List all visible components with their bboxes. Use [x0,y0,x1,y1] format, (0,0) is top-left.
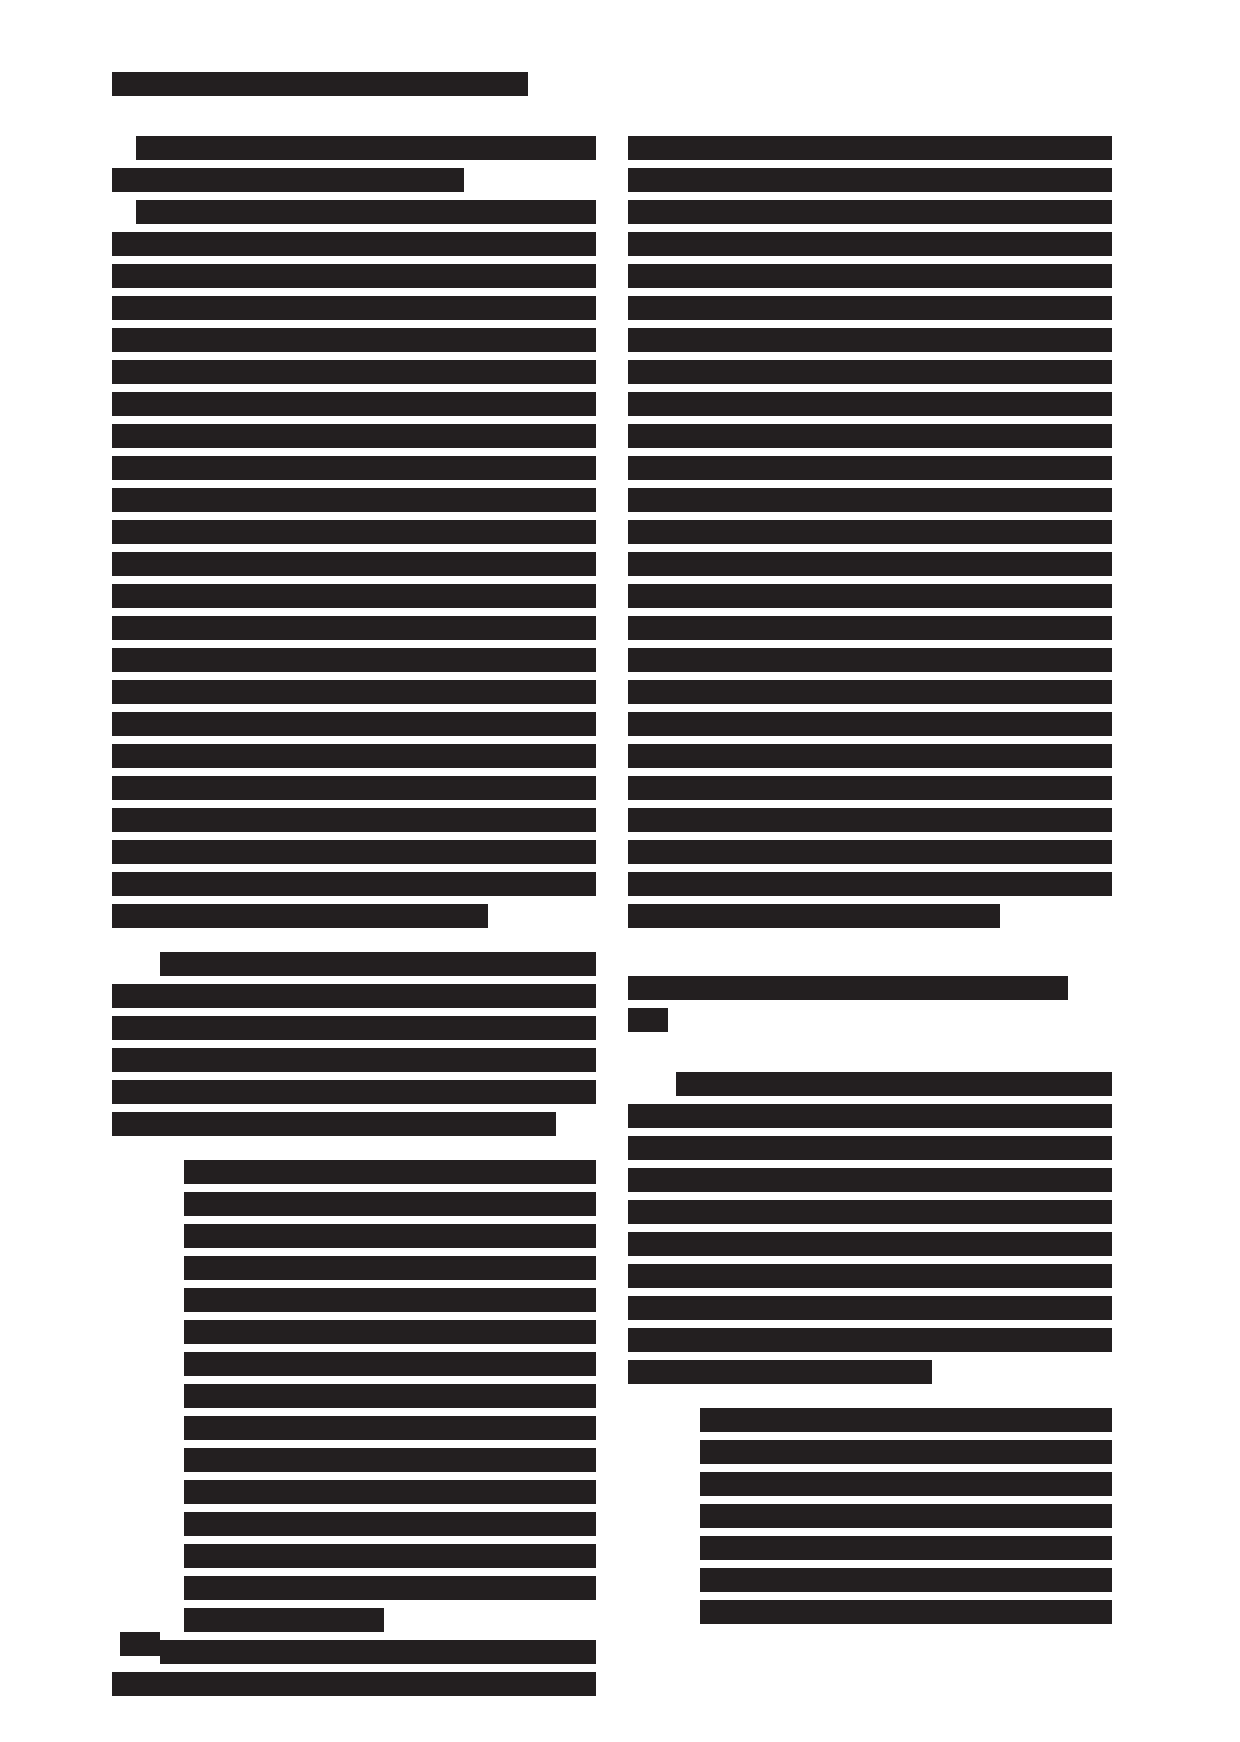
left-block-quote-line-redacted [184,1288,596,1312]
left-paragraph-line-redacted [112,872,596,896]
right-paragraph-continuation-line-redacted [628,584,1112,608]
right-paragraph-continuation-line-redacted [628,712,1112,736]
left-paragraph-line-redacted [112,808,596,832]
left-paragraph-line-redacted [112,392,596,416]
left-paragraph-line-redacted [112,1672,596,1696]
right-paragraph-continuation-line-redacted [628,200,1112,224]
left-paragraph-line-redacted [112,1016,596,1040]
right-paragraph-continuation-line-redacted [628,232,1112,256]
right-paragraph-continuation-line-redacted [628,264,1112,288]
left-paragraph-line-redacted [112,1112,556,1136]
right-block-quote-line-redacted [700,1472,1112,1496]
right-paragraph-continuation-line-redacted [628,840,1112,864]
right-paragraph-continuation-line-redacted [628,328,1112,352]
left-block-quote-line-redacted [184,1384,596,1408]
left-paragraph-line-redacted [160,1640,596,1664]
right-paragraph-continuation-line-redacted [628,456,1112,480]
left-paragraph-line-redacted [112,712,596,736]
left-paragraph-line-redacted [136,200,596,224]
right-paragraph-continuation-line-redacted [628,616,1112,640]
left-block-quote-line-redacted [184,1224,596,1248]
page-number-redacted [120,1632,160,1656]
right-paragraph-continuation-line-redacted [628,776,1112,800]
left-paragraph-line-redacted [112,616,596,640]
left-block-quote-line-redacted [184,1448,596,1472]
left-block-quote-line-redacted [184,1416,596,1440]
right-section-heading-line-redacted [628,976,1068,1000]
left-paragraph-line-redacted [112,232,596,256]
right-block-quote-line-redacted [700,1536,1112,1560]
right-paragraph-line-redacted [628,1328,1112,1352]
left-block-quote-line-redacted [184,1608,384,1632]
left-paragraph-line-redacted [112,840,596,864]
right-paragraph-continuation-line-redacted [628,360,1112,384]
left-paragraph-line-redacted [112,360,596,384]
left-paragraph-continuation-line-redacted [136,136,596,160]
right-paragraph-line-redacted [628,1200,1112,1224]
right-paragraph-continuation-line-redacted [628,744,1112,768]
left-paragraph-line-redacted [112,328,596,352]
left-block-quote-line-redacted [184,1160,596,1184]
right-paragraph-line-redacted [628,1360,932,1384]
left-paragraph-line-redacted [112,648,596,672]
right-paragraph-line-redacted [676,1072,1112,1096]
left-paragraph-line-redacted [112,488,596,512]
right-paragraph-line-redacted [628,1136,1112,1160]
left-paragraph-line-redacted [112,456,596,480]
right-block-quote-line-redacted [700,1600,1112,1624]
left-paragraph-line-redacted [112,1080,596,1104]
right-paragraph-continuation-line-redacted [628,904,1000,928]
left-block-quote-line-redacted [184,1352,596,1376]
right-paragraph-continuation-line-redacted [628,648,1112,672]
right-paragraph-continuation-line-redacted [628,808,1112,832]
left-paragraph-line-redacted [112,1048,596,1072]
left-paragraph-line-redacted [112,984,596,1008]
left-block-quote-line-redacted [184,1544,596,1568]
left-block-quote-line-redacted [184,1192,596,1216]
right-paragraph-line-redacted [628,1104,1112,1128]
right-paragraph-line-redacted [628,1232,1112,1256]
left-paragraph-line-redacted [112,520,596,544]
left-paragraph-continuation-line-redacted [112,168,464,192]
left-paragraph-line-redacted [112,552,596,576]
left-paragraph-line-redacted [112,904,488,928]
right-paragraph-continuation-line-redacted [628,392,1112,416]
left-paragraph-line-redacted [112,680,596,704]
right-paragraph-continuation-line-redacted [628,424,1112,448]
left-block-quote-line-redacted [184,1512,596,1536]
left-block-quote-line-redacted [184,1256,596,1280]
right-paragraph-continuation-line-redacted [628,680,1112,704]
right-block-quote-line-redacted [700,1408,1112,1432]
left-block-quote-line-redacted [184,1576,596,1600]
right-paragraph-continuation-line-redacted [628,136,1112,160]
right-paragraph-continuation-line-redacted [628,872,1112,896]
right-paragraph-continuation-line-redacted [628,520,1112,544]
right-block-quote-line-redacted [700,1504,1112,1528]
right-paragraph-continuation-line-redacted [628,168,1112,192]
right-paragraph-continuation-line-redacted [628,296,1112,320]
left-paragraph-line-redacted [112,424,596,448]
right-block-quote-line-redacted [700,1440,1112,1464]
left-paragraph-line-redacted [112,264,596,288]
running-header-redacted [112,72,528,96]
left-paragraph-line-redacted [112,776,596,800]
right-section-heading-line-redacted [628,1008,668,1032]
left-block-quote-line-redacted [184,1480,596,1504]
left-block-quote-line-redacted [184,1320,596,1344]
right-paragraph-line-redacted [628,1264,1112,1288]
left-paragraph-line-redacted [112,296,596,320]
right-paragraph-continuation-line-redacted [628,552,1112,576]
left-paragraph-line-redacted [160,952,596,976]
right-paragraph-line-redacted [628,1168,1112,1192]
right-paragraph-line-redacted [628,1296,1112,1320]
right-paragraph-continuation-line-redacted [628,488,1112,512]
right-block-quote-line-redacted [700,1568,1112,1592]
left-paragraph-line-redacted [112,744,596,768]
left-paragraph-line-redacted [112,584,596,608]
